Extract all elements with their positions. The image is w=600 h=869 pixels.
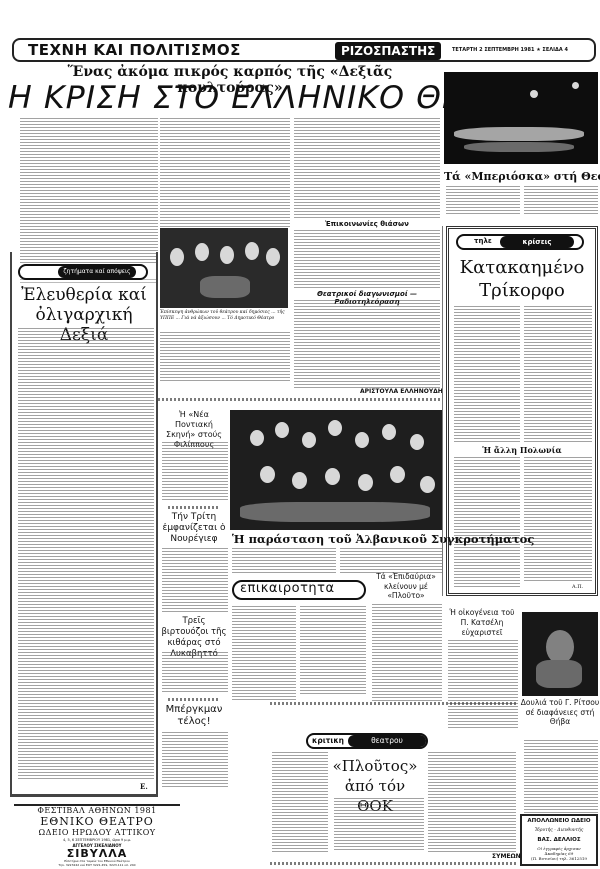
main-article-divider (158, 398, 442, 401)
ritsos-painting-photo (522, 612, 598, 696)
bergman-body (162, 732, 228, 788)
section-title: ΤΕΧΝΗ ΚΑΙ ΠΟΛΙΤΙΣΜΟΣ (28, 41, 241, 59)
critique-byline: ΣΥΜΕΩΝ (492, 853, 521, 860)
critique-body-col3 (428, 752, 516, 852)
tilekriseis-body-col1 (454, 306, 520, 442)
katselis-headline: Ἡ οἰκογένεια τοῦ Π. Κατσέλη εὐχαριστεῖ (446, 608, 518, 638)
tilekriseis-body-col2b (524, 457, 592, 582)
critique-tag-left: κριτικη (312, 736, 344, 745)
conservatory-line3: (Π. Βυτινίου) τηλ. 3612519 (520, 856, 598, 861)
festival-dates: 4, 5, 6 ΣΕΠΤΕΜΒΡΙΟΥ 1981, ὥρα 9 μ.μ. (10, 838, 184, 842)
beriozka-dance-photo (444, 72, 598, 164)
festival-line2: ΕΘΝΙΚΟ ΘΕΑΤΡΟ (10, 815, 184, 828)
albanian-headline: Ἡ παράσταση τοῦ Ἀλβανικοῦ Συγκροτήματος (232, 532, 442, 546)
guitar-body (162, 652, 228, 694)
epidavria-headline: Τά «Ἐπιδαύρια» κλείνουν μέ «Πλοῦτο» (370, 572, 442, 601)
guitar-divider (168, 698, 220, 701)
festival-phones: Τηλ. 3223242 καί ΕΟΤ 3221.459, 3223.111 … (10, 863, 184, 867)
critique-bottom-divider (270, 862, 516, 865)
delegation-photo-caption: Ἐπίσκεψη ἀνθρώπων τοῦ θεάτρου καί δημόσι… (160, 310, 288, 322)
epikairotita-body-col1 (232, 606, 296, 702)
critique-body-col1 (272, 752, 328, 852)
main-subhead-epikoinonies: Ἐπικοινωνίες θιάσων (294, 220, 440, 228)
main-article-body-col3b (294, 230, 440, 288)
bergman-headline: Μπέργκμαν τέλος! (160, 704, 228, 728)
ritsos-body (524, 740, 598, 818)
masthead-logo: ΡΙΖΟΣΠΑΣΤΗΣ (335, 42, 441, 60)
zitimata-tag: ζητήματα καί απόψεις (58, 266, 136, 278)
pontic-body (162, 442, 228, 502)
date-line: ΤΕΤΑΡΤΗ 2 ΣΕΠΤΕΜΒΡΗ 1981 ★ ΣΕΛΙΔΑ 4 (452, 47, 568, 53)
epikairotita-tag-label: επικαιροτητα (240, 581, 335, 596)
tilekriseis-body-col2 (524, 306, 592, 442)
main-headline: Η ΚΡΙΣΗ ΣΤΟ ΕΛΛΗΝΙΚΟ ΘΕΑΤΡΟ (8, 80, 457, 116)
tilekriseis-tag-right: κρίσεις (500, 236, 574, 248)
tilekriseis-signature: Α.Π. (572, 584, 583, 590)
festival-line1: ΦΕΣΤΙΒΑΛ ΑΘΗΝΩΝ 1981 (10, 806, 184, 815)
pontic-divider (168, 506, 220, 509)
main-article-body-col2 (160, 118, 290, 228)
beriozka-body-col2 (524, 186, 598, 216)
epikairotita-body-col2 (300, 606, 366, 696)
albanian-body-col1 (232, 548, 336, 574)
main-article-body-col2b (160, 332, 290, 382)
conservatory-name: ΒΑΣ. ΔΕΛΛΙΟΣ (520, 837, 598, 843)
left-column-body (18, 328, 154, 780)
nureyev-body (162, 548, 228, 614)
right-column-gutter-rule (442, 226, 443, 596)
festival-line3: ΩΔΕΙΟ ΗΡΩΔΟΥ ΑΤΤΙΚΟΥ (10, 828, 184, 837)
main-byline: ΑΡΙΣΤΟΥΛΑ ΕΛΛΗΝΟΥΔΗ (360, 388, 443, 395)
delegation-photo (160, 228, 288, 308)
main-article-body-col1 (20, 118, 158, 263)
main-article-body-col3 (294, 118, 440, 218)
beriozka-headline: Τά «Μπεριόσκα» στή Θεσσαλονίκη (444, 170, 600, 183)
beriozka-body-col1 (446, 186, 520, 216)
tilekriseis-tag-left: τηλε (474, 237, 492, 245)
conservatory-title: ΑΠΟΛΛΩΝΕΙΟ ΩΔΕΙΟ (520, 818, 598, 824)
critique-tag-right: θεατρου (348, 735, 426, 747)
left-column-signature: Ε. (140, 782, 148, 791)
tilekriseis-subhead: Ἡ ἄλλη Πολωνία (452, 445, 592, 455)
main-article-body-col3c (294, 300, 440, 388)
albanian-ensemble-photo (230, 410, 442, 530)
ritsos-headline: Δουλιά τοῦ Γ. Ρίτσου σέ διαφάνειες στή Θ… (520, 698, 600, 727)
conservatory-subtitle: Ἱδρυτής - Διευθυντής (520, 828, 598, 833)
epidavria-body (372, 604, 442, 702)
tilekriseis-headline: Κατακαημένο Τρίκορφο (452, 256, 592, 302)
tilekriseis-body-col1b (454, 457, 520, 589)
albanian-body-col2 (340, 548, 442, 574)
katselis-body (448, 640, 518, 728)
nureyev-headline: Τήν Τρίτη ἐμφανίζεται ὁ Νουρέγιεφ (160, 512, 228, 545)
critique-body-col2 (334, 798, 424, 852)
critique-top-divider (270, 702, 516, 705)
